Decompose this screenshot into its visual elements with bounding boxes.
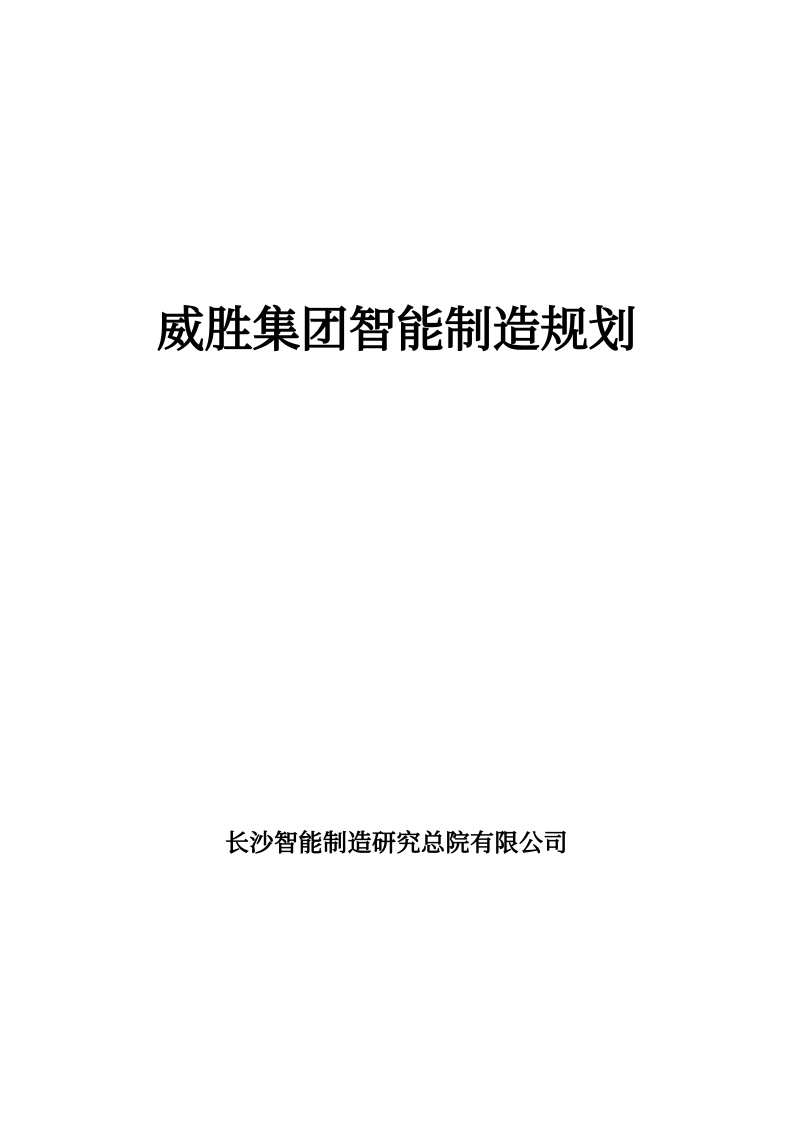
- document-cover-page: 威胜集团智能制造规划 长沙智能制造研究总院有限公司: [0, 0, 793, 1122]
- organization-name: 长沙智能制造研究总院有限公司: [0, 829, 793, 858]
- document-title: 威胜集团智能制造规划: [0, 303, 793, 358]
